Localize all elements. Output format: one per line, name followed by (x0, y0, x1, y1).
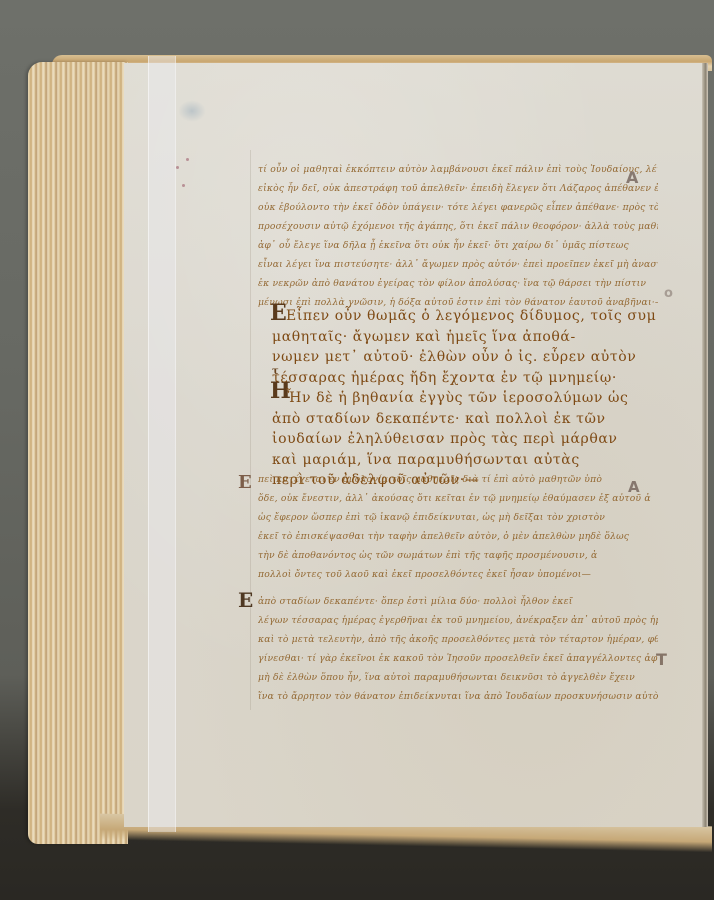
manuscript-photo: τί οὖν οἱ μαθηταὶ ἐκκόπτειν αὐτὸν λαμβάν… (0, 0, 714, 900)
stain-dot (176, 166, 179, 169)
text-line: πολλοὶ ὄντες τοῦ λαοῦ καὶ ἐκεῖ προσελθόν… (258, 565, 658, 584)
margin-mark-alpha: Α (628, 478, 640, 496)
lemma-line: ἀπὸ σταδίων δεκαπέντε· καὶ πολλοὶ ἐκ τῶν (272, 409, 657, 430)
text-line: γίνεσθαι· τί γὰρ ἐκεῖνοι ἐκ κακοῦ τὸν Ἰη… (258, 649, 658, 668)
text-line: ἀπὸ σταδίων δεκαπέντε· ὅπερ ἐστὶ μίλια δ… (258, 592, 658, 611)
text-line: εἰκὸς ἦν δεῖ, οὐκ ἀπεστράφη τοῦ ἀπελθεῖν… (258, 179, 658, 198)
fore-edge-page-stack (28, 62, 128, 844)
commentary-block-top: τί οὖν οἱ μαθηταὶ ἐκκόπτειν αὐτὸν λαμβάν… (258, 160, 658, 312)
lemma-line: ἰουδαίων ἐληλύθεισαν πρὸς τὰς περὶ μάρθα… (272, 429, 657, 450)
margin-mark-tau: Τ (656, 650, 667, 669)
text-line: ἐκεῖ τὸ ἐπισκέψασθαι τὴν ταφὴν ἀπελθεῖν … (258, 527, 658, 546)
text-line: τὴν δὲ ἀποθανόντος ὡς τῶν σωμάτων ἐπὶ τῆ… (258, 546, 658, 565)
text-line: προσέχουσιν αὐτῷ ἐχόμενοι τῆς ἀγάπης, ὅτ… (258, 217, 658, 236)
stain-dot (186, 158, 189, 161)
commentary-block-middle: πεὶ κατέχεται ἐν ὁμολογίᾳ τοῖς μαθηταῖς … (258, 470, 658, 584)
text-line: οὐκ ἐβούλοντο τὴν ἐκεῖ ὁδὸν ὑπάγειν· τότ… (258, 198, 658, 217)
lemma-line: τέσσαρας ἡμέρας ἤδη ἔχοντα ἐν τῷ μνημείῳ… (272, 368, 657, 389)
margin-ruling-line (250, 150, 251, 710)
lemma-line: νωμεν μετ᾽ αὐτοῦ· ἐλθὼν οὖν ὁ ἰς. εὗρεν … (272, 347, 657, 368)
text-line: ὡς ἔφερον ὥσπερ ἐπὶ τῷ ἰκανῷ ἐπιδείκνυτα… (258, 508, 658, 527)
text-line: καὶ τὸ μετὰ τελευτὴν, ἀπὸ τῆς ἀκοῆς προσ… (258, 630, 658, 649)
decorated-initial-epsilon: Ε (238, 588, 253, 612)
text-line: τί οὖν οἱ μαθηταὶ ἐκκόπτειν αὐτὸν λαμβάν… (258, 160, 658, 179)
lemma-line: μαθηταῖς· ἄγωμεν καὶ ἡμεῖς ἵνα ἀποθά- (272, 327, 657, 348)
page-gutter-edge (702, 63, 708, 827)
stain-dot (182, 184, 185, 187)
lemma-line: Ἦν δὲ ἡ βηθανία ἐγγὺς τῶν ἱεροσολύμων ὡς (272, 388, 657, 409)
gospel-lemma-block: Εἶπεν οὖν θωμᾶς ὁ λεγόμενος δίδυμος, τοῖ… (272, 306, 657, 491)
commentary-block-bottom: ἀπὸ σταδίων δεκαπέντε· ὅπερ ἐστὶ μίλια δ… (258, 592, 658, 706)
conservation-tape-strip (148, 56, 176, 832)
text-line: λέγων τέσσαρας ἡμέρας ἐγερθῆναι ἐκ τοῦ μ… (258, 611, 658, 630)
lemma-line: καὶ μαριάμ, ἵνα παραμυθήσωνται αὐτὰς (272, 450, 657, 471)
lemma-line: Εἶπεν οὖν θωμᾶς ὁ λεγόμενος δίδυμος, τοῖ… (272, 306, 657, 327)
text-line: μὴ δὲ ἐλθὼν ὅπου ἦν, ἵνα αὐτοὶ παραμυθήσ… (258, 668, 658, 687)
text-line: ὅδε, οὐκ ἔνεστιν, ἀλλ᾽ ἀκούσας ὅτι κεῖτα… (258, 489, 658, 508)
text-line: ἐκ νεκρῶν ἀπὸ θανάτου ἐγείρας τὸν φίλον … (258, 274, 658, 293)
text-line: εἶναι λέγει ἵνα πιστεύσητε· ἀλλ᾽ ἄγωμεν … (258, 255, 658, 274)
decorated-initial-epsilon: Ε (238, 472, 252, 493)
margin-mark-alpha: Α (626, 168, 638, 187)
text-line: ἵνα τὸ ἄρρητον τὸν θάνατον ἐπιδείκνυται … (258, 687, 658, 706)
text-line: πεὶ κατέχεται ἐν ὁμολογίᾳ τοῖς μαθηταῖς … (258, 470, 658, 489)
faded-stamp (178, 100, 206, 122)
margin-mark-omicron: ο (664, 286, 673, 301)
text-line: ἀφ᾽ οὗ ἔλεγε ἵνα δῆλα ᾖ ἐκεῖνα ὅτι οὐκ ἦ… (258, 236, 658, 255)
